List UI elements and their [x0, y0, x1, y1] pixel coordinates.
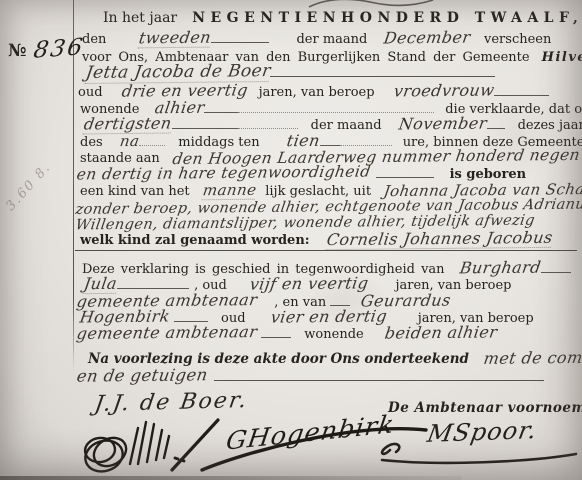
hw-child-name: Cornelis Johannes Jacobus — [325, 228, 554, 250]
line-ambtenaar-label: De Ambtenaar voornoemd, — [388, 397, 582, 416]
label-ambtenaar: De Ambtenaar voornoemd, — [388, 400, 582, 416]
label-welk-kind: welk kind zal genaamd worden: — [80, 233, 310, 248]
heading-prefix: In het jaar — [103, 10, 177, 26]
line-date: den tweeden der maand December verscheen — [82, 28, 551, 48]
hw-closing2: en de getuigen — [75, 365, 209, 385]
act-number-block: №836 — [8, 36, 84, 62]
line-witness2-beroep: gemeente ambtenaar wonende beiden alhier — [77, 323, 497, 342]
act-number: 836 — [32, 34, 86, 63]
hw-month: December — [383, 28, 472, 48]
signature-ambtenaar: MSpoor. — [425, 416, 539, 448]
section-divider-line — [75, 250, 577, 251]
line-closing: Na voorlezing is deze akte door Ons onde… — [88, 348, 582, 367]
heading-line: In het jaar NEGENTIENHONDERD TWAALF, — [103, 7, 582, 26]
numero-symbol: № — [8, 41, 26, 61]
scan-bottom-edge — [0, 476, 462, 480]
hw-woonplaats2: beiden alhier — [383, 322, 498, 342]
hw-closing1: met de comparante — [483, 347, 582, 368]
signature-scribble-witness1 — [80, 412, 220, 478]
heading-year: NEGENTIENHONDERD TWAALF, — [192, 10, 582, 26]
line-closing2: en de getuigen — [77, 366, 544, 385]
hw-witness2-beroep: gemeente ambtenaar — [75, 322, 258, 343]
label-wonende2: wonende — [304, 327, 363, 342]
line-child-name: welk kind zal genaamd worden: Cornelis J… — [80, 229, 552, 249]
label-der-maand: der maand — [296, 32, 367, 47]
label-closing: Na voorlezing is deze akte door Ons onde… — [88, 351, 469, 367]
gemeente-name: Hilversum: — [542, 50, 582, 65]
scanned-birth-certificate: { "colors": { "paper": "#e8e5e0", "print… — [0, 0, 582, 480]
label-verscheen: verscheen — [484, 32, 551, 47]
label-den: den — [82, 32, 106, 47]
line-declarant-name: Jetta Jacoba de Boer — [86, 62, 495, 83]
